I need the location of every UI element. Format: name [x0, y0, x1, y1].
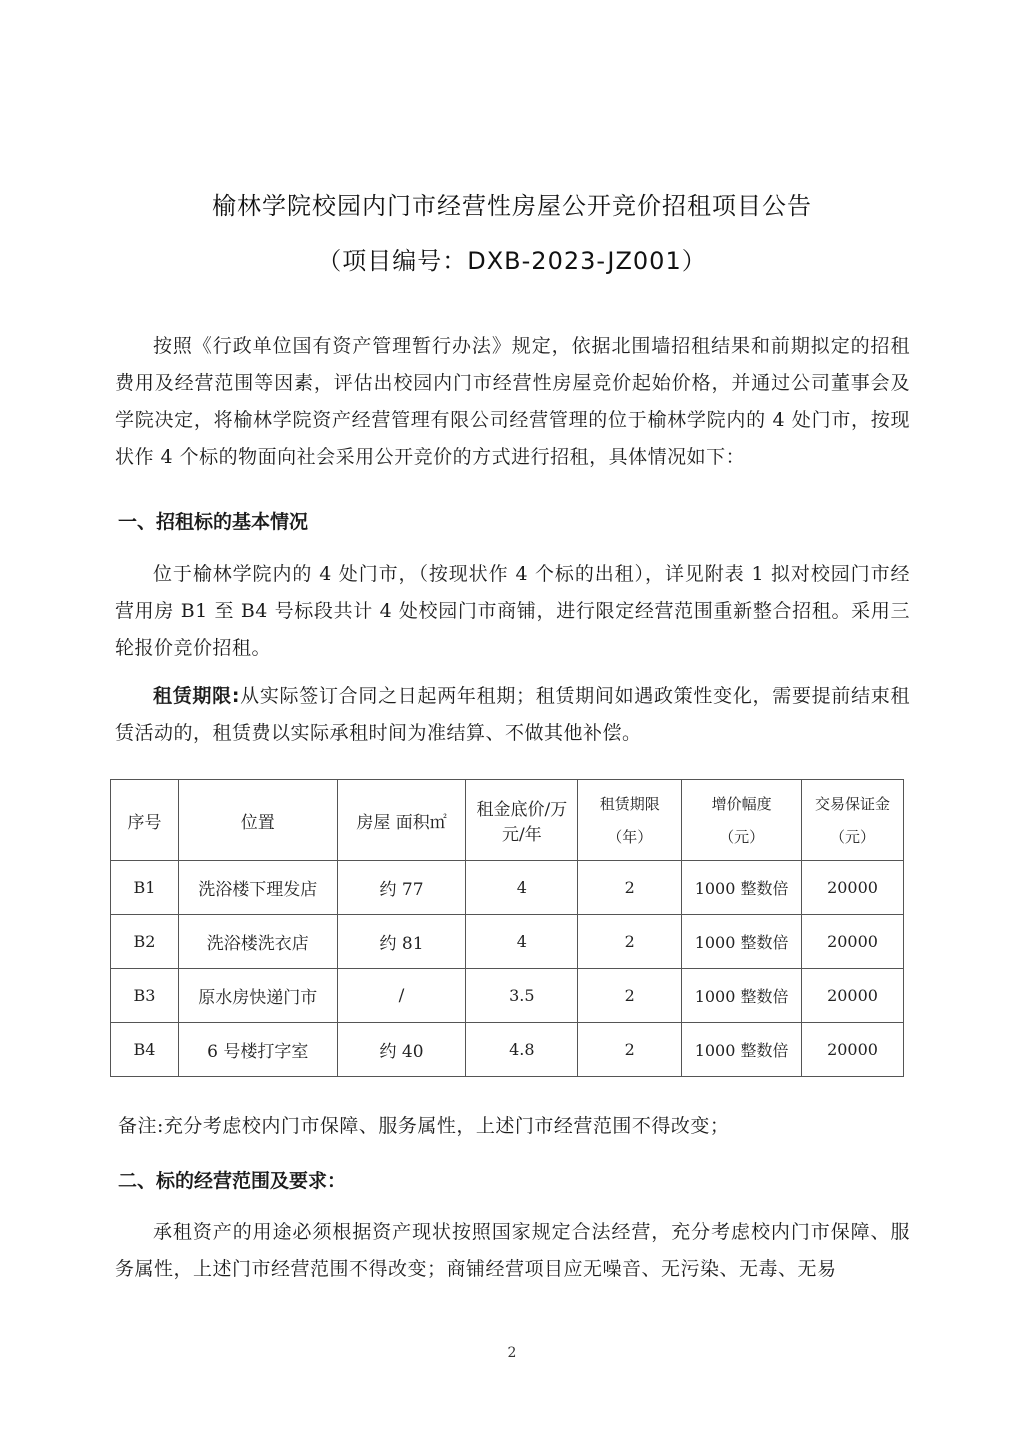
cell-id: B3: [111, 969, 179, 1023]
cell-increment: 1000 整数倍: [682, 969, 802, 1023]
cell-base-rent: 3.5: [466, 969, 578, 1023]
rental-lots-table: 序号 位置 房屋 面积㎡ 租金底价/万元/年 租赁期限（年） 增价幅度（元） 交…: [110, 779, 904, 1077]
header-base-rent: 租金底价/万元/年: [466, 780, 578, 861]
table-note: 备注:充分考虑校内门市保障、服务属性，上述门市经营范围不得改变；: [118, 1108, 913, 1145]
project-number: （项目编号：DXB-2023-JZ001）: [0, 241, 1024, 276]
cell-increment: 1000 整数倍: [682, 861, 802, 915]
cell-area: 约 81: [337, 915, 466, 969]
header-increment: 增价幅度（元）: [682, 780, 802, 861]
table-row: B4 6 号楼打字室 约 40 4.8 2 1000 整数倍 20000: [111, 1023, 904, 1077]
intro-paragraph: 按照《行政单位国有资产管理暂行办法》规定，依据北围墙招租结果和前期拟定的招租费用…: [115, 328, 910, 476]
header-location: 位置: [178, 780, 337, 861]
cell-term: 2: [578, 969, 682, 1023]
cell-base-rent: 4.8: [466, 1023, 578, 1077]
section2-heading: 二、标的经营范围及要求：: [118, 1166, 346, 1193]
document-title: 榆林学院校园内门市经营性房屋公开竞价招租项目公告: [0, 186, 1024, 221]
table-row: B1 洗浴楼下理发店 约 77 4 2 1000 整数倍 20000: [111, 861, 904, 915]
cell-base-rent: 4: [466, 915, 578, 969]
table-row: B2 洗浴楼洗衣店 约 81 4 2 1000 整数倍 20000: [111, 915, 904, 969]
header-deposit: 交易保证金（元）: [802, 780, 904, 861]
table-header-row: 序号 位置 房屋 面积㎡ 租金底价/万元/年 租赁期限（年） 增价幅度（元） 交…: [111, 780, 904, 861]
cell-location: 洗浴楼洗衣店: [178, 915, 337, 969]
cell-location: 洗浴楼下理发店: [178, 861, 337, 915]
cell-location: 原水房快递门市: [178, 969, 337, 1023]
cell-deposit: 20000: [802, 969, 904, 1023]
cell-id: B2: [111, 915, 179, 969]
cell-area: 约 77: [337, 861, 466, 915]
cell-area: /: [337, 969, 466, 1023]
cell-increment: 1000 整数倍: [682, 1023, 802, 1077]
cell-area: 约 40: [337, 1023, 466, 1077]
cell-location: 6 号楼打字室: [178, 1023, 337, 1077]
cell-term: 2: [578, 861, 682, 915]
cell-id: B4: [111, 1023, 179, 1077]
cell-base-rent: 4: [466, 861, 578, 915]
cell-increment: 1000 整数倍: [682, 915, 802, 969]
cell-deposit: 20000: [802, 1023, 904, 1077]
header-term: 租赁期限（年）: [578, 780, 682, 861]
lease-term-paragraph: 租赁期限:从实际签订合同之日起两年租期；租赁期间如遇政策性变化，需要提前结束租赁…: [115, 678, 910, 752]
table-row: B3 原水房快递门市 / 3.5 2 1000 整数倍 20000: [111, 969, 904, 1023]
header-area: 房屋 面积㎡: [337, 780, 466, 861]
section2-paragraph: 承租资产的用途必须根据资产现状按照国家规定合法经营，充分考虑校内门市保障、服务属…: [115, 1214, 910, 1288]
header-seq: 序号: [111, 780, 179, 861]
cell-id: B1: [111, 861, 179, 915]
section1-heading: 一、招租标的基本情况: [118, 507, 308, 534]
section1-paragraph: 位于榆林学院内的 4 处门市，（按现状作 4 个标的出租），详见附表 1 拟对校…: [115, 556, 910, 667]
cell-deposit: 20000: [802, 915, 904, 969]
cell-deposit: 20000: [802, 861, 904, 915]
cell-term: 2: [578, 915, 682, 969]
cell-term: 2: [578, 1023, 682, 1077]
lease-term-label: 租赁期限:: [153, 685, 240, 707]
page-number: 2: [0, 1345, 1024, 1361]
